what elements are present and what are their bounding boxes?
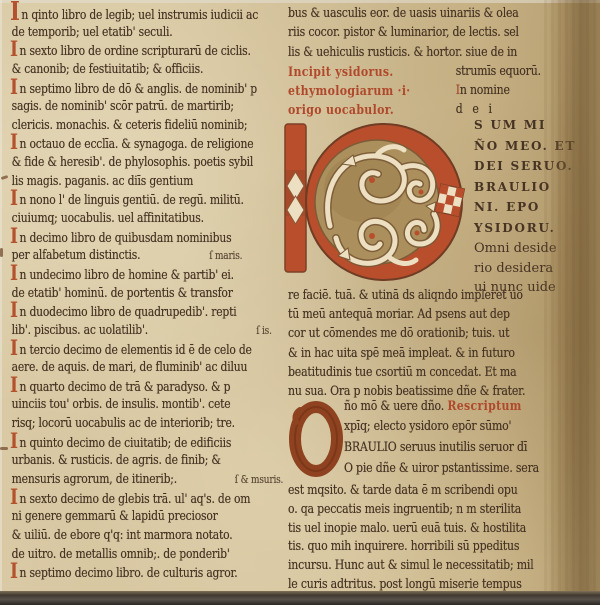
text-line: sagis. de nominib' scōr patrū. de martir… [10, 99, 288, 118]
text-line: de etatib' hominū. de portentis & transf… [10, 286, 288, 305]
line-text: n octauo de ecclīa. & synagoga. de relig… [19, 137, 253, 152]
text-line: xpīq; electo ysidoro epōr sūmo' [344, 419, 565, 440]
red-initial: I [10, 231, 18, 241]
red-initial: I [10, 137, 18, 147]
line-text: nu sua. Ora p nobis beatissime dñe & fra… [288, 384, 525, 399]
red-initial: I [10, 305, 18, 315]
page-edge-shadow [0, 591, 600, 605]
text-line: bus & uasculis eor. de uasis uinariis & … [288, 6, 566, 25]
line-text: n sexto decimo de glebis trā. ul' aq's. … [19, 492, 250, 507]
text-line: In decimo libro de quibusdam nominibus [10, 230, 288, 249]
line-text: mensuris agrorum, de itinerib;. [12, 472, 177, 487]
line-text: O pie dñe & uiror pstantissime. sera [344, 461, 539, 476]
line-text: tis. quo mih inquirere. horribili sū ppe… [288, 539, 519, 554]
text-line: & uiliū. de ebore q'q: int marmora notat… [10, 528, 288, 547]
line-text: & fide & heresib'. de phylosophis. poeti… [12, 155, 254, 170]
text-line: de uitro. de metallis omnib;. de ponderi… [10, 547, 288, 566]
red-initial: I [10, 193, 18, 203]
line-text: lis & uehiculis rusticis. & hortor. siue… [288, 45, 517, 60]
line-text: bus & uasculis eor. de uasis uinariis & … [288, 6, 519, 21]
line-text: incursu. Hunc aut & simul le necessitati… [288, 558, 534, 573]
text-line: In septimo decimo libro. de culturis agr… [10, 565, 288, 584]
text-line: O pie dñe & uiror pstantissime. sera [344, 461, 565, 482]
line-text: ciuiumq; uocabulis. uel affinitatibus. [12, 211, 204, 226]
text-line: clericis. monachis. & ceteris fideliū no… [10, 118, 288, 137]
line-text: risq; locorū uocabulis ac de interiorib;… [12, 416, 235, 431]
line-text: n tercio decimo de elementis id ē de cel… [19, 343, 251, 358]
page-gutter-shadow [544, 0, 600, 605]
text-line: re faciē. tuā. & utinā ds aliqndo impler… [288, 288, 566, 307]
marginal-gloss: ſ & msuris. [235, 473, 283, 486]
margin-mark [0, 447, 8, 450]
line-text: de etatib' hominū. de portentis & transf… [12, 286, 233, 301]
text-line: ciuiumq; uocabulis. uel affinitatibus. [10, 211, 288, 230]
right-side-text: d e i [456, 102, 492, 117]
red-initial: I [10, 566, 18, 576]
marginal-gloss: ſ maris. [209, 249, 242, 262]
text-line: tis uel inopie malo. uerū euā tuis. & ho… [288, 521, 566, 540]
line-text: n duodecimo libro de quadrupedib'. repti [19, 305, 236, 320]
line-text: n nono l' de linguis gentiū. de regū. mi… [19, 193, 243, 208]
line-text: lib'. piscibus. ac uolatilib'. [12, 323, 148, 338]
text-line: lis magis. paganis. ac diīs gentium [10, 174, 288, 193]
line-text: n nomine [460, 83, 510, 98]
text-line: In sexto decimo de glebis trā. ul' aq's.… [10, 491, 288, 510]
line-text: est mqsito. & tarde data ē m scribendi o… [288, 483, 518, 498]
text-line: In sexto libro de ordine scripturarū de … [10, 43, 288, 62]
epistle-body: re faciē. tuā. & utinā ds aliqndo impler… [288, 288, 566, 403]
line-text: n decimo libro de quibusdam nominibus [19, 231, 231, 246]
page-top-edge [0, 0, 600, 3]
right-top-and-rubric: bus & uasculis eor. de uasis uinariis & … [288, 6, 566, 122]
line-text: tis uel inopie malo. uerū euā tuis. & ho… [288, 521, 526, 536]
red-initial: I [10, 82, 18, 92]
text-line: In qinto libro de legib; uel instrumis i… [10, 6, 288, 25]
line-text: d e i [456, 102, 492, 117]
text-line: ño mō & uere dño. Rescriptum [344, 398, 565, 419]
left-text-column: In qinto libro de legib; uel instrumis i… [10, 6, 288, 584]
line-text: cor ut cōmendes me dō orationib; tuis. u… [288, 326, 509, 341]
text-line: In tercio decimo de elementis id ē de ce… [10, 342, 288, 361]
text-line: uinciis tou' orbis. de insulis. montib'.… [10, 397, 288, 416]
text-line: per alfabetum distinctis. ſ maris. [10, 248, 288, 267]
page-left-edge [0, 0, 2, 605]
line-text: & uiliū. de ebore q'q: int marmora notat… [12, 528, 233, 543]
text-line: In duodecimo libro de quadrupedib'. rept… [10, 304, 288, 323]
text-line: In undecimo libro de homine & partib' ei… [10, 267, 288, 286]
line-text: de temporib; uel etatib' seculi. [12, 25, 173, 40]
text-line: tū meū antequā moriar. Ad psens aut dep [288, 307, 566, 326]
line-text: BRAULIO seruus inutilis seruor dī [344, 440, 527, 455]
text-line: tis. quo mih inquirere. horribili sū ppe… [288, 539, 566, 558]
text-line: ni genere gemmarū & lapidū preciosor [10, 509, 288, 528]
text-line: & canonib; de festiuitatib; & officiis. [10, 62, 288, 81]
line-text: n quinto decimo de ciuitatib; de edifici… [19, 436, 231, 451]
red-initial: I [10, 7, 20, 17]
reply-body: est mqsito. & tarde data ē m scribendi o… [288, 483, 566, 596]
rubric-text: Incipit ysidorus. [288, 64, 394, 80]
line-text: o. qa peccatis meis ingruentib; n m ster… [288, 502, 521, 517]
text-line: de temporib; uel etatib' seculi. [10, 25, 288, 44]
line-text: re faciē. tuā. & utinā ds aliqndo impler… [288, 288, 523, 303]
line-text: n qinto libro de legib; uel instrumis iu… [21, 8, 258, 23]
line-text: & canonib; de festiuitatib; & officiis. [12, 62, 204, 77]
line-text: ño mō & uere dño. [344, 399, 447, 414]
red-initial: I [10, 343, 18, 353]
text-line: incursu. Hunc aut & simul le necessitati… [288, 558, 566, 577]
text-line: & in hac uita spē meā impleat. & in futu… [288, 346, 566, 365]
line-text: ni genere gemmarū & lapidū preciosor [12, 509, 218, 524]
red-initial: I [10, 436, 18, 446]
text-line: risq; locorū uocabulis ac de interiorib;… [10, 416, 288, 435]
reply-section: ño mō & uere dño. Rescriptumxpīq; electo… [288, 398, 568, 598]
line-text: aere. de aquis. de mari, de fluminib' ac… [12, 360, 248, 375]
line-text: de uitro. de metallis omnib;. de ponderi… [12, 547, 230, 562]
line-text: & in hac uita spē meā impleat. & in futu… [288, 346, 515, 361]
line-text: beatitudinis tue csortiū m concedat. Et … [288, 365, 516, 380]
text-line: beatitudinis tue csortiū m concedat. Et … [288, 365, 566, 384]
right-side-text: In nomine [456, 83, 510, 98]
text-line: lis & uehiculis rusticis. & hortor. siue… [288, 45, 566, 64]
rubric-text: Rescriptum [447, 398, 521, 414]
rubric-text: origo uocabulor. [288, 102, 394, 118]
rubric-text: ethymologiarum ·i· [288, 83, 410, 99]
line-text: n quarto decimo de trā & paradyso. & p [19, 380, 230, 395]
text-line: aere. de aquis. de mari, de fluminib' ac… [10, 360, 288, 379]
text-line: In septimo libro de dō & anglis. de nomi… [10, 81, 288, 100]
line-text: lis magis. paganis. ac diīs gentium [12, 174, 193, 189]
line-text: clericis. monachis. & ceteris fideliū no… [12, 118, 248, 133]
illuminated-initial-d-icon [284, 118, 468, 290]
text-line: mensuris agrorum, de itinerib;. ſ & msur… [10, 472, 288, 491]
text-line: est mqsito. & tarde data ē m scribendi o… [288, 483, 566, 502]
line-text: n septimo libro de dō & anglis. de nomin… [19, 82, 256, 97]
line-text: per alfabetum distinctis. [12, 248, 141, 263]
text-line: & fide & heresib'. de phylosophis. poeti… [10, 155, 288, 174]
text-line: Incipit ysidorus. strumīs equorū. [288, 64, 566, 83]
left-column-lines: In qinto libro de legib; uel instrumis i… [10, 6, 288, 584]
reply-initial-d-icon [288, 400, 344, 478]
line-text: urbanis. & rusticis. de agris. de finib;… [12, 453, 221, 468]
red-initial: I [10, 268, 18, 278]
line-text: tū meū antequā moriar. Ad psens aut dep [288, 307, 510, 322]
line-text: sagis. de nominib' scōr patrū. de martir… [12, 99, 234, 114]
line-text: xpīq; electo ysidoro epōr sūmo' [344, 419, 511, 434]
line-text: le curis adtritus. post longū miserie te… [288, 577, 522, 592]
text-line: cor ut cōmendes me dō orationib; tuis. u… [288, 326, 566, 345]
margin-mark [1, 175, 9, 180]
red-initial: I [10, 44, 18, 54]
text-line: lib'. piscibus. ac uolatilib'. ſ is. [10, 323, 288, 342]
line-text: riis cocor. pistor & luminarior, de lect… [288, 25, 519, 40]
red-initial: I [10, 492, 18, 502]
text-line: ethymologiarum ·i· In nomine [288, 83, 566, 102]
text-line: In octauo de ecclīa. & synagoga. de reli… [10, 136, 288, 155]
text-line: In quinto decimo de ciuitatib; de edific… [10, 435, 288, 454]
text-line: o. qa peccatis meis ingruentib; n m ster… [288, 502, 566, 521]
marginal-gloss: ſ is. [256, 324, 272, 337]
line-text: n undecimo libro de homine & partib' ei. [19, 268, 233, 283]
text-line: urbanis. & rusticis. de agris. de finib;… [10, 453, 288, 472]
text-line: riis cocor. pistor & luminarior, de lect… [288, 25, 566, 44]
reply-indented-lines: ño mō & uere dño. Rescriptumxpīq; electo… [344, 398, 565, 482]
text-line: In quarto decimo de trā & paradyso. & p [10, 379, 288, 398]
margin-mark [0, 248, 3, 257]
text-line: BRAULIO seruus inutilis seruor dī [344, 440, 565, 461]
text-line: In nono l' de linguis gentiū. de regū. m… [10, 192, 288, 211]
line-text: n septimo decimo libro. de culturis agro… [19, 566, 237, 581]
line-text: uinciis tou' orbis. de insulis. montib'.… [12, 397, 231, 412]
right-side-text: strumīs equorū. [456, 64, 541, 79]
line-text: strumīs equorū. [456, 64, 541, 79]
line-text: n sexto libro de ordine scripturarū de c… [19, 44, 250, 59]
red-initial: I [10, 380, 18, 390]
manuscript-page: In qinto libro de legib; uel instrumis i… [0, 0, 600, 605]
